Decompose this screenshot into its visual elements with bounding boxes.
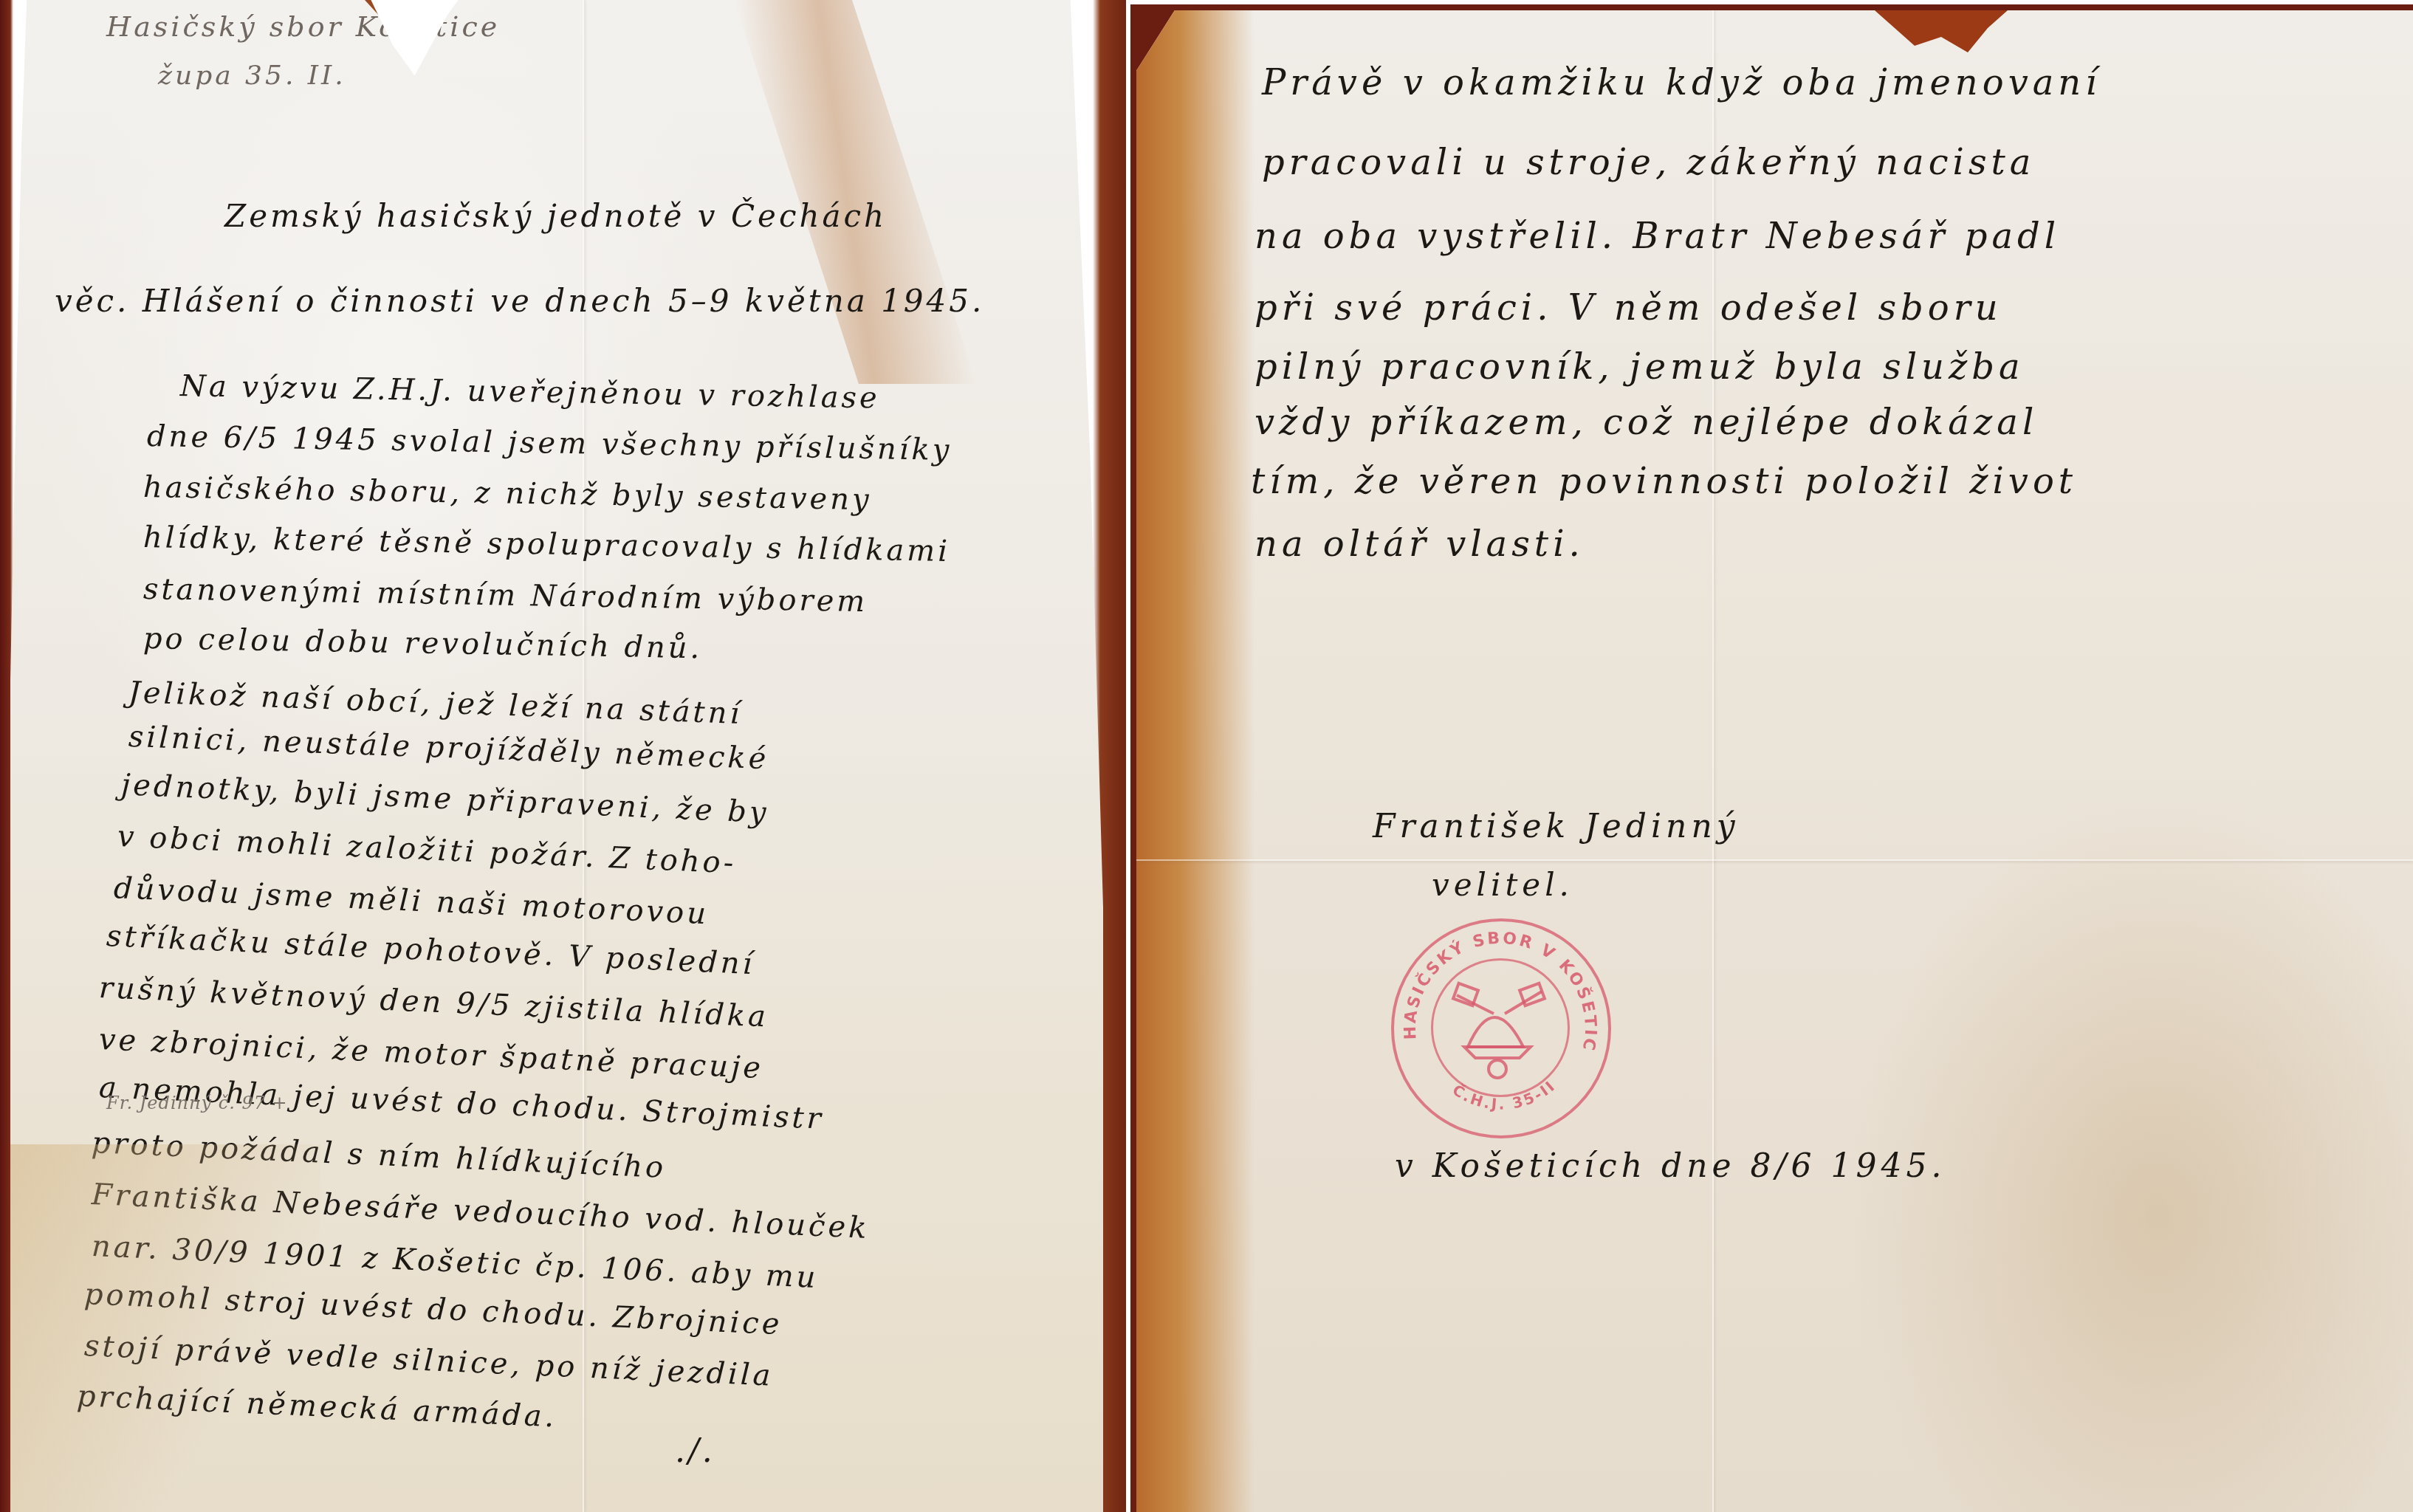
paper-sheet-page-1: Hasičský sbor Košetice župa 35. II. Zems… xyxy=(10,0,1103,1512)
body-line: hasičského sboru, z nichž byly sestaveny xyxy=(143,470,872,517)
body-line: při své práci. V něm odešel sboru xyxy=(1254,287,2002,329)
body-line: jednotky, byli jsme připraveni, že by xyxy=(120,768,769,830)
sender-line: Hasičský sbor Košetice xyxy=(106,10,500,43)
photo-page-2: Právě v okamžiku když oba jmenovaní prac… xyxy=(1130,4,2413,1512)
body-line: nar. 30/9 1901 z Košetic čp. 106. aby mu xyxy=(91,1229,819,1295)
body-line: Na výzvu Z.H.J. uveřejněnou v rozhlase xyxy=(180,369,881,416)
place-date-line: v Košeticích dne 8/6 1945. xyxy=(1395,1147,1946,1185)
subject-line: věc. Hlášení o činnosti ve dnech 5–9 kvě… xyxy=(55,283,984,319)
torn-top-edge xyxy=(1875,10,2008,55)
signature-title: velitel. xyxy=(1432,867,1573,903)
body-line: tím, že věren povinnosti položil život xyxy=(1251,461,2077,502)
body-line: na oba vystřelil. Bratr Nebesář padl xyxy=(1254,216,2060,257)
body-line: stojí právě vedle silnice, po níž jezdil… xyxy=(83,1329,774,1393)
continuation-mark: ./. xyxy=(675,1432,715,1470)
signature-name: František Jedinný xyxy=(1373,808,1740,845)
body-line: prchající německá armáda. xyxy=(76,1379,557,1434)
body-line: stanovenými místním Národním výborem xyxy=(143,572,868,619)
body-line: rušný květnový den 9/5 zjistila hlídka xyxy=(98,971,769,1034)
district-line: župa 35. II. xyxy=(158,61,346,91)
body-line: důvodu jsme měli naši motorovou xyxy=(113,871,710,931)
body-line: vždy příkazem, což nejlépe dokázal xyxy=(1254,402,2038,443)
photo-page-1: Hasičský sbor Košetice župa 35. II. Zems… xyxy=(0,0,1126,1512)
body-line: pilný pracovník, jemuž byla služba xyxy=(1254,346,2025,388)
firefighter-helmet-icon xyxy=(1449,973,1549,1084)
addressee-line: Zemský hasičský jednotě v Čechách xyxy=(224,198,887,234)
body-line: po celou dobu revolučních dnů. xyxy=(143,622,703,665)
body-line: proto požádal s ním hlídkujícího xyxy=(91,1126,667,1185)
official-stamp: HASIČSKÝ SBOR V KOŠETICÍCH Č.H.J. 35-II. xyxy=(1391,918,1611,1138)
body-line: Právě v okamžiku když oba jmenovaní xyxy=(1262,62,2101,103)
body-line: Františka Nebesáře vedoucího vod. hlouče… xyxy=(91,1178,870,1245)
body-line: dne 6/5 1945 svolal jsem všechny přísluš… xyxy=(147,419,952,467)
body-line: na oltář vlasti. xyxy=(1254,523,1585,565)
body-line: hlídky, které těsně spolupracovaly s hlí… xyxy=(143,520,951,568)
fold-line-horizontal xyxy=(1136,859,2413,861)
body-line: pracovali u stroje, zákeřný nacista xyxy=(1262,142,2035,183)
margin-note-pencil: Fr. Jedinný č. 97 + xyxy=(106,1093,288,1113)
paper-sheet-page-2: Právě v okamžiku když oba jmenovaní prac… xyxy=(1136,10,2413,1512)
body-line: v obci mohli založiti požár. Z toho- xyxy=(117,819,737,881)
